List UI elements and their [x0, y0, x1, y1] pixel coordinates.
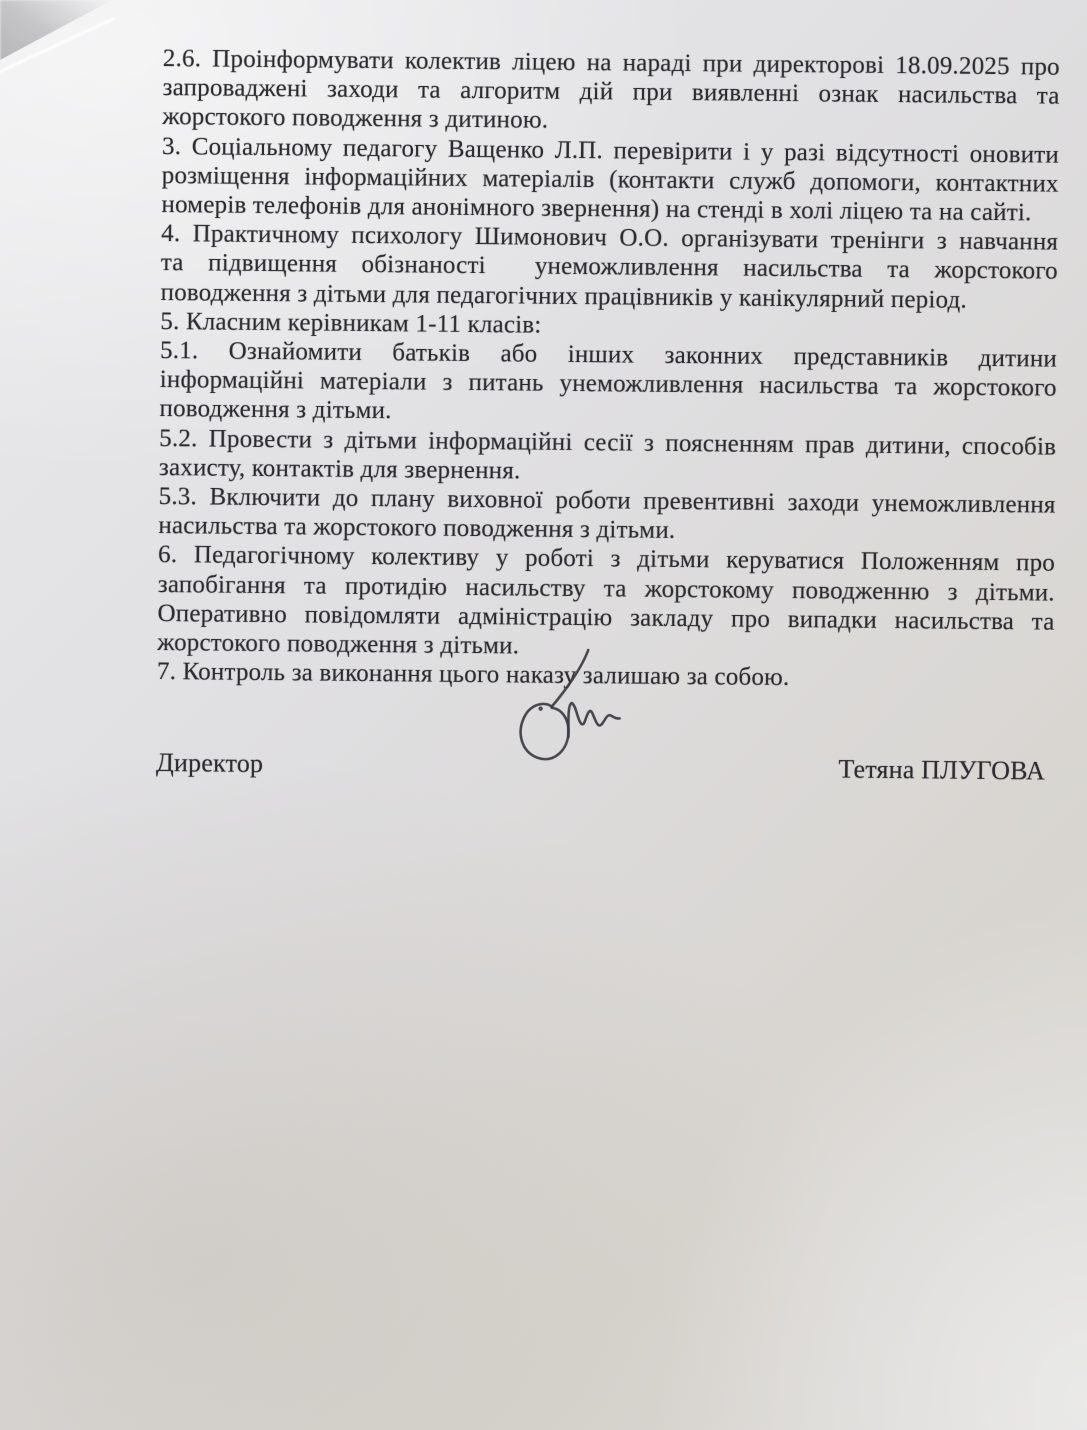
paragraph: 3. Соціальному педагогу Ващенко Л.П. пер… — [161, 132, 1059, 228]
director-position-label: Директор — [156, 748, 263, 778]
paragraph: 5.2. Провести з дітьми інформаційні сесі… — [159, 424, 1057, 491]
paragraph: 2.6. Проінформувати колектив ліцею на на… — [162, 44, 1060, 140]
paragraph: 4. Практичному психологу Шимонович О.О. … — [160, 219, 1058, 315]
document-body: 2.6. Проінформувати колектив ліцею на на… — [157, 44, 1060, 695]
document-content: 2.6. Проінформувати колектив ліцею на на… — [156, 44, 1060, 786]
signer-name: Тетяна ПЛУГОВА — [838, 755, 1045, 786]
paragraph: 5.3. Включити до плану виховної роботи п… — [158, 482, 1056, 549]
handwritten-signature-icon — [511, 644, 644, 793]
paragraph: 5.1. Ознайомити батьків або інших законн… — [159, 336, 1057, 432]
